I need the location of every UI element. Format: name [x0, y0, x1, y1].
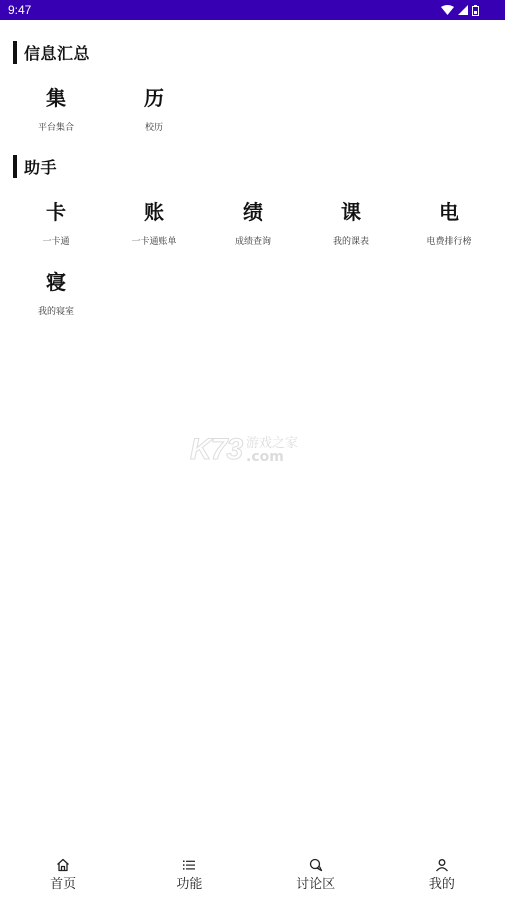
grid-item-campus-card[interactable]: 卡 一卡通 [7, 198, 105, 247]
grid-item-glyph: 历 [105, 84, 203, 112]
grid-item-label: 平台集合 [7, 120, 105, 133]
grid-item-glyph: 课 [302, 198, 400, 226]
watermark: K73 游戏之家 .com [190, 433, 298, 467]
watermark-domain: .com [246, 450, 298, 464]
nav-label: 功能 [176, 873, 202, 892]
status-icons [441, 5, 479, 16]
section-accent-bar [13, 155, 17, 178]
grid-item-glyph: 集 [7, 84, 105, 112]
grid-item-label: 电费排行榜 [400, 234, 498, 247]
grid-item-label: 我的课表 [302, 234, 400, 247]
nav-item-me[interactable]: 我的 [379, 852, 505, 898]
chat-icon [309, 858, 323, 872]
grid-item-glyph: 账 [105, 198, 203, 226]
grid-item-card-bill[interactable]: 账 一卡通账单 [105, 198, 203, 247]
grid-item-label: 一卡通 [7, 234, 105, 247]
section-title: 助手 [24, 155, 57, 178]
nav-item-home[interactable]: 首页 [0, 852, 126, 898]
nav-item-discussion[interactable]: 讨论区 [253, 852, 379, 898]
section-accent-bar [13, 41, 17, 64]
nav-item-features[interactable]: 功能 [126, 852, 252, 898]
status-time: 9:47 [8, 3, 31, 17]
user-icon [435, 858, 449, 872]
watermark-cn: 游戏之家 [246, 437, 298, 450]
grid-item-glyph: 绩 [204, 198, 302, 226]
grid-item-glyph: 卡 [7, 198, 105, 226]
grid-item-platform-collection[interactable]: 集 平台集合 [7, 84, 105, 133]
grid-item-my-dorm[interactable]: 寝 我的寝室 [7, 268, 105, 317]
watermark-logo: K73 [190, 433, 242, 467]
home-icon [56, 858, 70, 872]
grid-item-label: 成绩查询 [204, 234, 302, 247]
section-title: 信息汇总 [24, 41, 90, 64]
section-header-assistant: 助手 [13, 154, 57, 178]
grid-item-electricity-ranking[interactable]: 电 电费排行榜 [400, 198, 498, 247]
list-icon [182, 858, 196, 872]
wifi-icon [441, 5, 454, 15]
grid-item-glyph: 寝 [7, 268, 105, 296]
watermark-text: 游戏之家 .com [246, 437, 298, 464]
nav-label: 我的 [429, 873, 455, 892]
bottom-nav: 首页 功能 讨论区 我的 [0, 852, 505, 898]
grid-item-school-calendar[interactable]: 历 校历 [105, 84, 203, 133]
nav-label: 首页 [50, 873, 76, 892]
grid-item-label: 校历 [105, 120, 203, 133]
battery-icon [472, 5, 479, 16]
cellular-signal-icon [458, 5, 468, 15]
status-bar: 9:47 [0, 0, 505, 20]
grid-item-label: 我的寝室 [7, 304, 105, 317]
grid-item-my-schedule[interactable]: 课 我的课表 [302, 198, 400, 247]
grid-item-grade-query[interactable]: 绩 成绩查询 [204, 198, 302, 247]
grid-item-glyph: 电 [400, 198, 498, 226]
nav-label: 讨论区 [296, 873, 335, 892]
section-header-info-summary: 信息汇总 [13, 40, 90, 64]
grid-item-label: 一卡通账单 [105, 234, 203, 247]
